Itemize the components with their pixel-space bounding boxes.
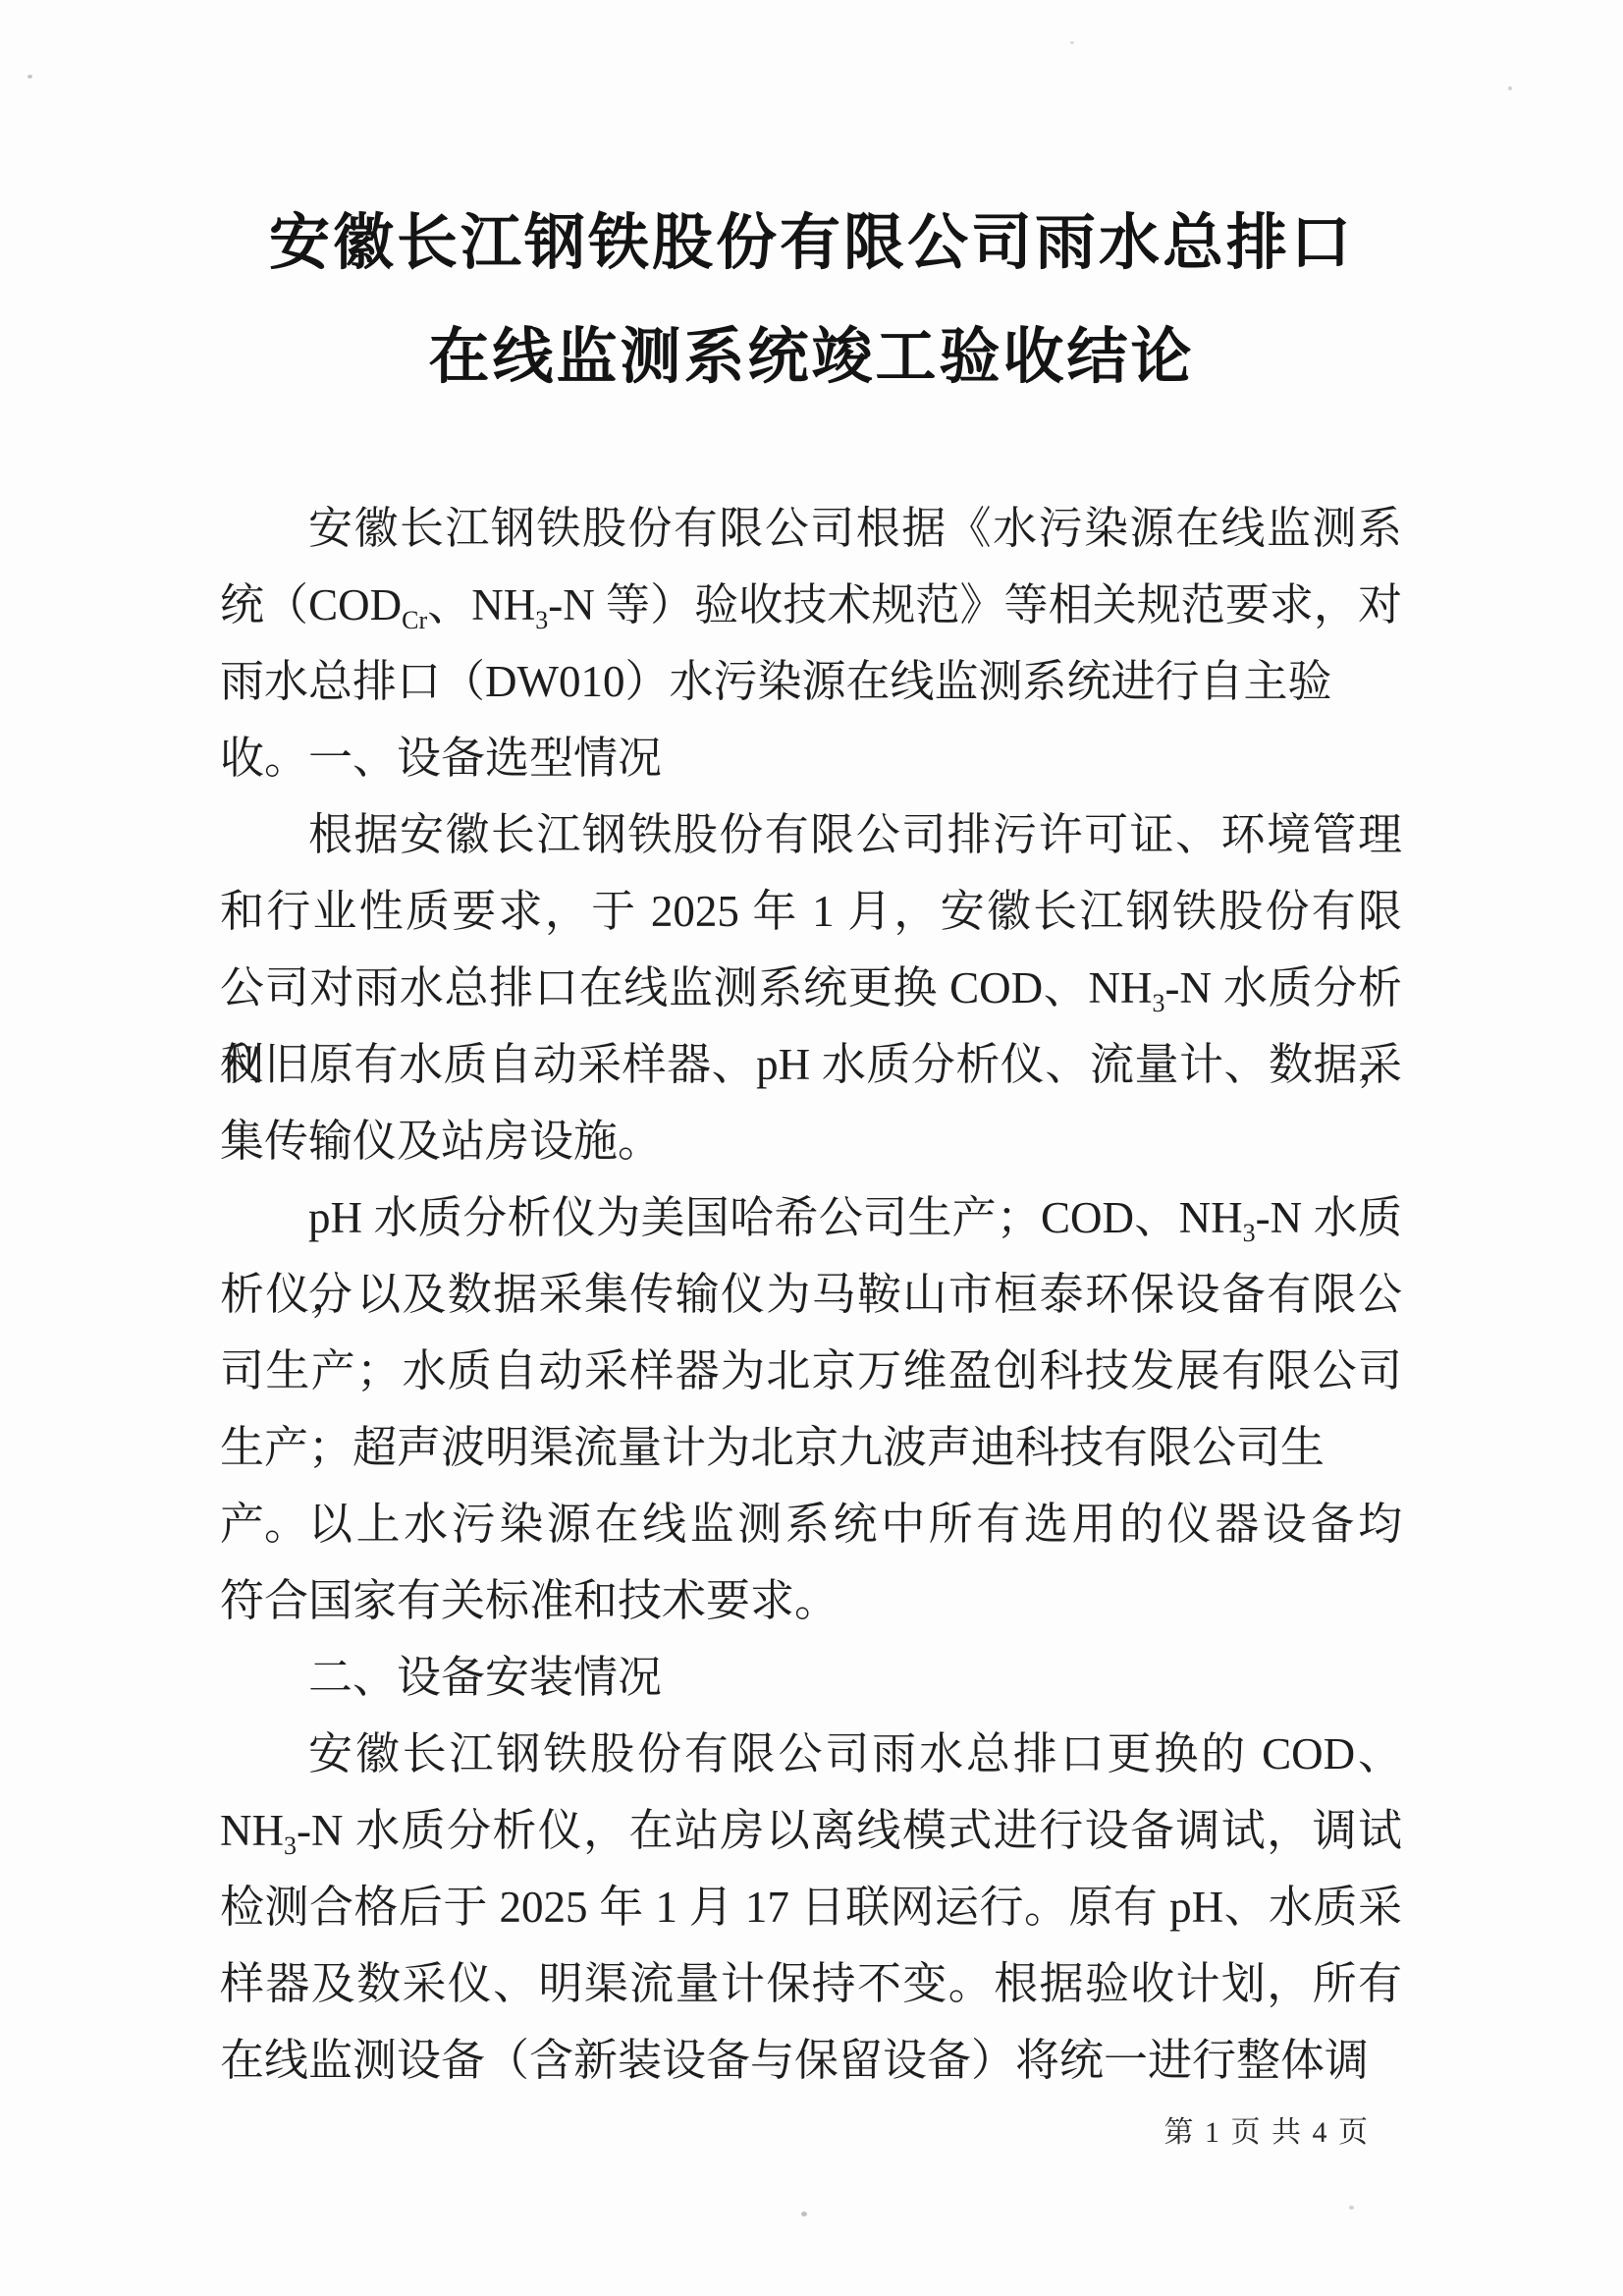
line-text: 统（COD (220, 580, 402, 629)
scan-speck (1508, 86, 1512, 90)
text-line: 以上水污染源在线监测系统中所有选用的仪器设备均 (220, 1486, 1402, 1562)
text-line: 利旧原有水质自动采样器、pH 水质分析仪、流量计、数据采 (220, 1026, 1402, 1103)
text-line: 析仪，以及数据采集传输仪为马鞍山市桓泰环保设备有限公 (220, 1256, 1402, 1333)
scan-speck (1070, 41, 1074, 44)
text-line: 在线监测设备（含新装设备与保留设备）将统一进行整体调 (220, 2022, 1402, 2099)
subscript-text: Cr (402, 606, 427, 634)
text-line: pH 水质分析仪为美国哈希公司生产；COD、NH3-N 水质分 (220, 1179, 1402, 1256)
line-text: NH (220, 1806, 284, 1855)
line-text: 利旧原有水质自动采样器、pH 水质分析仪、流量计、数据采 (220, 1040, 1402, 1089)
line-text: 安徽长江钢铁股份有限公司根据《水污染源在线监测系 (308, 504, 1402, 553)
text-line: 符合国家有关标准和技术要求。 (220, 1562, 1402, 1639)
line-text: 在线监测设备（含新装设备与保留设备）将统一进行整体调 (220, 2036, 1369, 2085)
line-text: 集传输仪及站房设施。 (220, 1117, 662, 1166)
text-line: 统（CODCr、NH3-N 等）验收技术规范》等相关规范要求，对 (220, 567, 1402, 643)
text-line: 和行业性质要求，于 2025 年 1 月，安徽长江钢铁股份有限 (220, 873, 1402, 950)
text-line: 雨水总排口（DW010）水污染源在线监测系统进行自主验收。 (220, 643, 1402, 720)
line-text: 符合国家有关标准和技术要求。 (220, 1576, 839, 1625)
text-line: 公司对雨水总排口在线监测系统更换 COD、NH3-N 水质分析仪， (220, 950, 1402, 1026)
line-text: 根据安徽长江钢铁股份有限公司排污许可证、环境管理 (308, 810, 1402, 859)
text-line: 生产；超声波明渠流量计为北京九波声迪科技有限公司生产。 (220, 1409, 1402, 1486)
section-heading: 二、设备安装情况 (220, 1639, 1402, 1716)
document-body: 安徽长江钢铁股份有限公司根据《水污染源在线监测系统（CODCr、NH3-N 等）… (220, 490, 1402, 2099)
subscript-text: 3 (1243, 1219, 1256, 1247)
line-text: 一、设备选型情况 (308, 734, 662, 783)
line-text: 样器及数采仪、明渠流量计保持不变。根据验收计划，所有 (220, 1959, 1402, 2008)
line-text: 二、设备安装情况 (308, 1653, 662, 1702)
text-line: NH3-N 水质分析仪，在站房以离线模式进行设备调试，调试 (220, 1792, 1402, 1869)
line-text: 安徽长江钢铁股份有限公司雨水总排口更换的 COD、 (308, 1729, 1402, 1778)
subscript-text: 3 (284, 1831, 297, 1860)
line-text: 以上水污染源在线监测系统中所有选用的仪器设备均 (308, 1500, 1402, 1549)
line-text: 公司对雨水总排口在线监测系统更换 COD、NH (220, 963, 1152, 1012)
text-line: 根据安徽长江钢铁股份有限公司排污许可证、环境管理 (220, 796, 1402, 873)
line-text: -N 水质分析仪，在站房以离线模式进行设备调试，调试 (297, 1806, 1402, 1855)
line-text: pH 水质分析仪为美国哈希公司生产；COD、NH (308, 1193, 1243, 1242)
subscript-text: 3 (535, 606, 548, 634)
text-line: 样器及数采仪、明渠流量计保持不变。根据验收计划，所有 (220, 1945, 1402, 2022)
text-line: 安徽长江钢铁股份有限公司根据《水污染源在线监测系 (220, 490, 1402, 567)
text-line: 安徽长江钢铁股份有限公司雨水总排口更换的 COD、 (220, 1716, 1402, 1792)
line-text: 检测合格后于 2025 年 1 月 17 日联网运行。原有 pH、水质采 (220, 1883, 1402, 1932)
document-title-line2: 在线监测系统竣工验收结论 (0, 301, 1623, 414)
subscript-text: 3 (1152, 989, 1164, 1017)
line-text: -N 等）验收技术规范》等相关规范要求，对 (548, 580, 1402, 629)
line-text: 司生产；水质自动采样器为北京万维盈创科技发展有限公司 (220, 1346, 1402, 1395)
page-number: 第 1 页 共 4 页 (1164, 2107, 1371, 2151)
text-line: 检测合格后于 2025 年 1 月 17 日联网运行。原有 pH、水质采 (220, 1869, 1402, 1945)
scan-speck (27, 75, 32, 79)
line-text: 、NH (427, 580, 535, 629)
line-text: 析仪，以及数据采集传输仪为马鞍山市桓泰环保设备有限公 (220, 1270, 1402, 1319)
document-title-line1: 安徽长江钢铁股份有限公司雨水总排口 (0, 187, 1623, 301)
section-heading: 一、设备选型情况 (220, 720, 1402, 796)
line-text: 和行业性质要求，于 2025 年 1 月，安徽长江钢铁股份有限 (220, 887, 1402, 936)
scan-speck (801, 2212, 807, 2216)
document-title: 安徽长江钢铁股份有限公司雨水总排口 在线监测系统竣工验收结论 (0, 187, 1623, 414)
scan-speck (1349, 2206, 1354, 2210)
text-line: 司生产；水质自动采样器为北京万维盈创科技发展有限公司 (220, 1333, 1402, 1409)
text-line: 集传输仪及站房设施。 (220, 1103, 1402, 1179)
scanned-document-page: 安徽长江钢铁股份有限公司雨水总排口 在线监测系统竣工验收结论 安徽长江钢铁股份有… (0, 0, 1623, 2296)
